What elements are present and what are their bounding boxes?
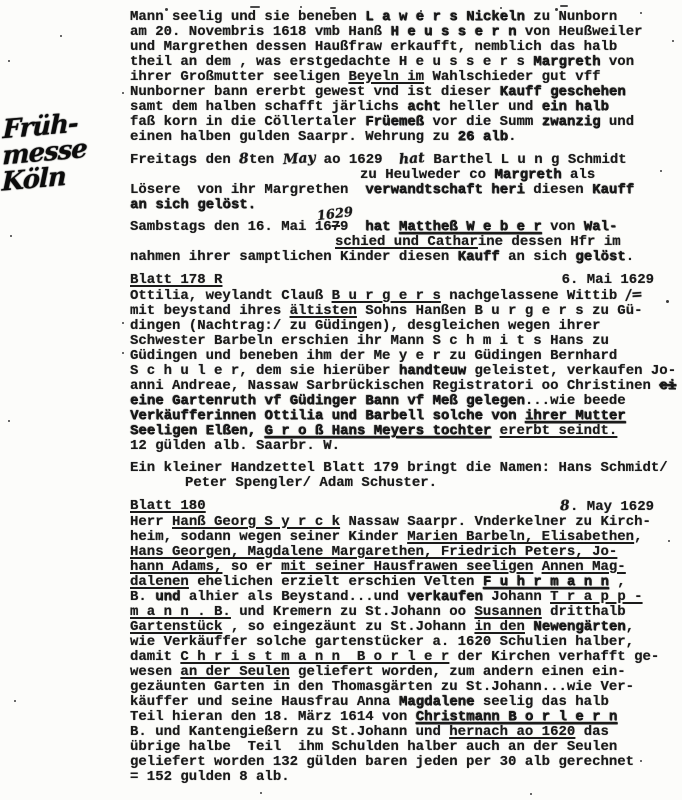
- text-segment: an sich: [500, 249, 576, 265]
- text-segment: Peter Spengler/ Adam Schuster.: [185, 475, 437, 491]
- text-line: Herr Hanß Georg S y r c k Nassaw Saarpr.…: [130, 515, 682, 530]
- text-line: Freitags den 8ten May ao 1629 hat Barthe…: [130, 152, 682, 168]
- text-segment: Christmann B o r l e r n: [416, 709, 618, 725]
- text-segment: Blatt 180: [130, 498, 206, 514]
- text-segment: 9: [340, 219, 365, 235]
- text-segment: ihrer Mutter: [525, 408, 626, 424]
- scan-mark: [560, 5, 568, 7]
- scan-speck: [640, 12, 642, 14]
- blatt-label: Blatt 178 R: [130, 273, 222, 288]
- text-segment: [390, 219, 398, 235]
- scan-speck: [8, 420, 10, 422]
- text-segment: [491, 423, 499, 439]
- text-line: damit C h r i s t m a n n B o r l e r de…: [130, 650, 682, 665]
- text-segment: ererbt seindt.: [500, 423, 618, 439]
- text-segment: H e u s s e r n: [390, 24, 516, 40]
- text-segment: [458, 9, 466, 25]
- text-segment: Freitags den: [130, 152, 239, 168]
- text-line: S c h u l e r, dem sie hierüber handteuw…: [130, 364, 682, 379]
- text-line: samt dem halben schafft järlichs acht he…: [130, 100, 682, 115]
- text-line: schied und Catharine dessen Hfr im: [130, 235, 682, 250]
- text-line: heim, sodann wegen seiner Kinder Marien …: [130, 530, 682, 545]
- blatt-label: Blatt 180: [130, 499, 206, 515]
- text-segment: mit beystand ihres: [130, 303, 290, 319]
- text-line: gezäunten Garten in den Thomasgärten zu …: [130, 680, 682, 695]
- text-line: Güdingen und beneben ihm der Me y e r zu…: [130, 349, 682, 364]
- scan-speck: [530, 793, 532, 795]
- text-segment: von: [600, 54, 634, 70]
- text-segment: damit: [130, 649, 180, 665]
- text-segment: seelig das halb: [474, 694, 608, 710]
- text-line: faß korn in die Cöllertaler Früemeß vor …: [130, 115, 682, 130]
- text-segment: . May 1629: [570, 499, 654, 515]
- text-segment: diesen: [525, 182, 592, 198]
- text-segment: von: [542, 219, 584, 235]
- scan-speck: [672, 40, 674, 42]
- text-segment: am 20. Novembris 1618 vmb Hanß: [130, 24, 390, 40]
- scan-speck: [660, 170, 662, 172]
- text-line: wesen an der Seulen geliefert worden, zu…: [130, 665, 682, 680]
- text-segment: geliefert worden 132 gülden baren jeden …: [130, 754, 634, 770]
- text-segment: geliefert worden, zum andern einen ein-: [290, 664, 626, 680]
- text-segment: das: [575, 724, 609, 740]
- text-segment: dritthalb: [542, 604, 626, 620]
- text-segment: an der Seulen: [180, 664, 289, 680]
- text-segment: anni Andreae, Nassaw Sarbrückischen Regi…: [130, 378, 659, 394]
- text-segment: nachgelassene Wittib: [441, 288, 626, 304]
- corrected-text: 71629: [332, 220, 340, 235]
- handwritten-segment: 8: [560, 499, 571, 515]
- paragraph: Herr Hanß Georg S y r c k Nassaw Saarpr.…: [130, 515, 682, 785]
- text-segment: und Margrethen dessen Haußfraw erkaufft,…: [130, 39, 617, 55]
- handwritten-margin-note: Früh-messeKöln: [2, 106, 127, 195]
- text-line: B. und Kantengießern zu St.Johann und he…: [130, 725, 682, 740]
- text-line: käuffer und seine Hausfrau Anna Magdalen…: [130, 695, 682, 710]
- paragraph: Ottilia, weylandt Clauß B u r g e r s na…: [130, 288, 682, 454]
- text-segment: Seeligen Elßen,: [130, 423, 264, 439]
- text-line: Teil hieran den 18. März 1614 von Christ…: [130, 710, 682, 725]
- text-segment: ,: [626, 619, 634, 635]
- paragraph: Sambstags den 16. Mai 16716299 hat Matth…: [130, 220, 682, 265]
- scan-mark: [330, 7, 336, 9]
- text-segment: [533, 559, 541, 575]
- text-segment: Beyeln im: [348, 69, 424, 85]
- text-segment: Sohns Hanßen B u r g e r s zu Gü-: [357, 303, 643, 319]
- scan-speck: [10, 235, 12, 237]
- text-line: einen halben gulden Saarpr. Wehrung zu 2…: [130, 130, 682, 145]
- paragraph: Ein kleiner Handzettel Blatt 179 bringt …: [130, 461, 682, 491]
- text-line: Ein kleiner Handzettel Blatt 179 bringt …: [130, 461, 682, 476]
- text-segment: m a n n . B.: [130, 604, 231, 620]
- text-segment: Ottilia, weylandt Clauß: [130, 288, 332, 304]
- text-line: an sich gelöst.: [130, 198, 682, 213]
- text-segment: ehelichen erzielt erschien Velten: [189, 574, 483, 590]
- paragraph: Freitags den 8ten May ao 1629 hat Barthe…: [130, 152, 682, 213]
- text-segment: Früemeß: [365, 114, 424, 130]
- text-segment: schied und Cathar: [335, 234, 478, 250]
- text-segment: S c h u l e r, dem sie hierüber: [130, 363, 399, 379]
- text-segment: hat: [365, 219, 390, 235]
- scan-speck: [8, 60, 10, 62]
- text-segment: Nunborner bann ererbt gewest vnd ist die…: [130, 84, 500, 100]
- text-segment: B u r g e r s: [332, 288, 441, 304]
- text-segment: samt dem halben schafft järlichs: [130, 99, 407, 115]
- text-segment: verwandtschaft heri: [365, 182, 525, 198]
- scan-speck: [300, 6, 302, 8]
- text-line: Schwester Barbeln erschien ihr Mann S c …: [130, 334, 682, 349]
- text-segment: heller und: [441, 99, 542, 115]
- text-line: Seeligen Elßen, G r o ß Hans Meyers toch…: [130, 424, 682, 439]
- blatt-header: Blatt 1808. May 1629: [130, 499, 682, 515]
- text-segment: verkaufen: [407, 589, 483, 605]
- text-line: Ottilia, weylandt Clauß B u r g e r s na…: [130, 288, 682, 304]
- blatt-header: Blatt 178 R6. Mai 1629: [130, 273, 682, 288]
- text-segment: nahmen ihrer samptlichen Kinder diesen: [130, 249, 458, 265]
- text-segment: 26 alb: [458, 129, 508, 145]
- handwritten-segment: hat: [399, 151, 426, 168]
- text-segment: Barthel L u n g Schmidt: [425, 152, 627, 168]
- scan-speck: [14, 700, 16, 702]
- text-segment: handteuw: [399, 363, 466, 379]
- text-line: wie Verkäuffer solche gartenstücker a. 1…: [130, 635, 682, 650]
- text-segment: so er: [222, 559, 281, 575]
- text-segment: Kauff: [592, 182, 634, 198]
- text-segment: geleistet, verkaufen Jo-: [466, 363, 676, 379]
- text-line: und Margrethen dessen Haußfraw erkaufft,…: [130, 40, 682, 55]
- text-line: Peter Spengler/ Adam Schuster.: [130, 476, 682, 491]
- text-segment: Hanß Georg S y r c k: [172, 514, 340, 530]
- text-line: übrige halbe Teil ihm Schulden halber au…: [130, 740, 682, 755]
- text-segment: ,: [634, 529, 642, 545]
- text-segment: Teil hieran den 18. März 1614 von: [130, 709, 416, 725]
- text-line: zu Heulweder co Margreth als: [130, 168, 682, 183]
- text-segment: Mann seelig und sie beneben: [130, 9, 365, 25]
- handwritten-segment: 8: [239, 152, 250, 168]
- text-segment: wie Verkäuffer solche gartenstücker a. 1…: [130, 634, 634, 650]
- text-segment: zwanzig: [542, 114, 601, 130]
- text-segment: Margreth: [533, 54, 600, 70]
- text-line: mit beystand ihres ältisten Sohns Hanßen…: [130, 304, 682, 319]
- text-line: Lösere von ihr Margrethen verwandtschaft…: [130, 183, 682, 198]
- text-segment: zu Nunborn: [525, 9, 617, 25]
- text-line: hann Adams, so er mit seiner Hausfrawen …: [130, 560, 682, 575]
- text-segment: .: [626, 249, 634, 265]
- header-date: 8. May 1629: [560, 499, 654, 515]
- text-segment: Sambstags den 16. Mai 16: [130, 219, 332, 235]
- text-segment: Lösere von ihr Margrethen: [130, 182, 365, 198]
- text-segment: käuffer und seine Hausfrau Anna: [130, 694, 399, 710]
- text-segment: ten: [249, 152, 283, 168]
- text-line: dingen (Nachtrag:/ zu Güdingen), desglei…: [130, 319, 682, 334]
- text-segment: theil an dem , was erstgedachte H e u s …: [130, 54, 533, 70]
- handwritten-segment: May: [282, 151, 316, 168]
- text-segment: alhier als Beystand...und: [180, 589, 407, 605]
- scan-speck: [10, 150, 12, 152]
- text-segment: hernach ao 1620: [449, 724, 575, 740]
- scan-speck: [122, 92, 124, 94]
- text-segment: eine Gartenruth vf Güdinger Bann vf Meß …: [130, 393, 525, 409]
- text-line: theil an dem , was erstgedachte H e u s …: [130, 55, 682, 70]
- scan-speck: [555, 8, 558, 11]
- text-line: am 20. Novembris 1618 vmb Hanß H e u s s…: [130, 25, 682, 40]
- text-segment: ältisten: [290, 303, 357, 319]
- scan-speck: [640, 760, 642, 762]
- text-segment: vor die Summ: [424, 114, 542, 130]
- text-segment: und Kremern zu St.Johann oo: [231, 604, 475, 620]
- scan-mark: [250, 6, 260, 8]
- text-segment: Kauff geschehen: [500, 84, 626, 100]
- document-text: Mann seelig und sie beneben L a w e r s …: [130, 10, 682, 792]
- text-segment: Schwester Barbeln erschien ihr Mann S c …: [130, 333, 609, 349]
- text-line: nahmen ihrer samptlichen Kinder diesen K…: [130, 250, 682, 265]
- text-segment: in den: [474, 619, 524, 635]
- text-line: ihrer Großmutter seeligen Beyeln im Wahl…: [130, 70, 682, 85]
- text-segment: ...wie beede: [525, 393, 626, 409]
- text-segment: der Kirchen verhafft ge-: [449, 649, 659, 665]
- text-line: geliefert worden 132 gülden baren jeden …: [130, 755, 682, 770]
- text-segment: dalenen: [130, 574, 189, 590]
- text-segment: ihrer Großmutter seeligen: [130, 69, 348, 85]
- text-segment: Newengärten: [533, 619, 625, 635]
- text-segment: Susannen: [474, 604, 541, 620]
- text-segment: wesen: [130, 664, 180, 680]
- text-segment: zu Heulweder co: [360, 167, 494, 183]
- text-segment: B.: [130, 589, 155, 605]
- text-segment: Margreth: [494, 167, 561, 183]
- text-segment: Annen Mag-: [542, 559, 626, 575]
- scan-speck: [122, 322, 124, 324]
- text-segment: mit seiner Hausfrawen seeligen: [281, 559, 533, 575]
- text-segment: gezäunten Garten in den Thomasgärten zu …: [130, 679, 634, 695]
- text-segment: und: [601, 114, 635, 130]
- text-segment: übrige halbe Teil ihm Schulden halber au…: [130, 739, 617, 755]
- text-segment: ao 1629: [315, 152, 399, 168]
- text-line: = 152 gulden 8 alb.: [130, 770, 682, 785]
- text-segment: ei: [659, 378, 676, 394]
- text-segment: Gartenstück: [130, 619, 222, 635]
- scan-speck: [122, 352, 124, 354]
- text-segment: Ein kleiner Handzettel Blatt 179 bringt …: [130, 460, 668, 476]
- text-line: Sambstags den 16. Mai 16716299 hat Matth…: [130, 220, 682, 235]
- text-segment: , so eingezäunt zu St.Johann: [222, 619, 474, 635]
- text-segment: hann Adams,: [130, 559, 222, 575]
- text-segment: Nassaw Saarpr. Vnderkelner zu Kirch-: [340, 514, 651, 530]
- text-line: eine Gartenruth vf Güdinger Bann vf Meß …: [130, 394, 682, 409]
- text-line: Nunborner bann ererbt gewest vnd ist die…: [130, 85, 682, 100]
- text-segment: heim, sodann wegen seiner Kinder: [130, 529, 407, 545]
- text-segment: Wahlschieder gut vff: [424, 69, 600, 85]
- scan-speck: [260, 792, 262, 794]
- text-segment: von Heußweiler: [516, 24, 642, 40]
- text-segment: und: [155, 589, 180, 605]
- text-segment: Kauff: [458, 249, 500, 265]
- text-segment: faß korn in die Cöllertaler: [130, 114, 365, 130]
- text-line: B. und alhier als Beystand...und verkauf…: [130, 590, 682, 605]
- text-line: Verkäufferinnen Ottilia und Barbell solc…: [130, 409, 682, 424]
- text-segment: einen halben gulden Saarpr. Wehrung zu: [130, 129, 458, 145]
- text-segment: als: [562, 167, 596, 183]
- handwritten-segment: /=: [625, 287, 643, 303]
- text-segment: .: [508, 129, 516, 145]
- text-segment: F u h r m a n n: [483, 574, 609, 590]
- scan-speck: [60, 35, 62, 37]
- text-segment: L a w e r s: [365, 9, 457, 25]
- text-segment: Marien Barbeln, Elisabethen: [407, 529, 634, 545]
- text-segment: Herr: [130, 514, 172, 530]
- scan-speck: [165, 8, 168, 11]
- text-line: Hans Georgen, Magdalene Margarethen, Fri…: [130, 545, 682, 560]
- scan-speck: [668, 540, 670, 542]
- text-line: m a n n . B. und Kremern zu St.Johann oo…: [130, 605, 682, 620]
- text-segment: Hans Georgen, Magdalene Margarethen, Fri…: [130, 544, 617, 560]
- text-line: Mann seelig und sie beneben L a w e r s …: [130, 10, 682, 25]
- text-line: anni Andreae, Nassaw Sarbrückischen Regi…: [130, 379, 682, 394]
- text-segment: an sich gelöst.: [130, 197, 256, 213]
- text-segment: B. und Kantengießern zu St.Johann und: [130, 724, 449, 740]
- scan-speck: [420, 10, 422, 12]
- text-segment: gelöst: [575, 249, 625, 265]
- text-segment: Johann: [483, 589, 550, 605]
- text-segment: ,: [609, 574, 626, 590]
- text-segment: C h r i s t m a n n B o r l e r: [180, 649, 449, 665]
- text-segment: Magdalene: [399, 694, 475, 710]
- text-segment: G r o ß Hans Meyers tochter: [264, 423, 491, 439]
- text-segment: ine dessen Hfr im: [478, 234, 621, 250]
- scan-speck: [666, 300, 669, 303]
- paragraph: Mann seelig und sie beneben L a w e r s …: [130, 10, 682, 145]
- text-line: dalenen ehelichen erzielt erschien Velte…: [130, 575, 682, 590]
- text-segment: acht: [407, 99, 441, 115]
- text-segment: Blatt 178 R: [130, 272, 222, 288]
- text-segment: Verkäufferinnen Ottilia und Barbell solc…: [130, 408, 525, 424]
- text-segment: Nickeln: [466, 9, 525, 25]
- text-segment: Mattheß W e b e r: [399, 219, 542, 235]
- scanned-page: Früh-messeKöln Mann seelig und sie beneb…: [0, 0, 682, 800]
- text-line: 12 gülden alb. Saarbr. W.: [130, 439, 682, 454]
- text-line: Gartenstück , so eingezäunt zu St.Johann…: [130, 620, 682, 635]
- text-segment: Wal-: [584, 219, 618, 235]
- text-segment: T r a p p -: [550, 589, 642, 605]
- scan-speck: [500, 7, 502, 9]
- text-segment: = 152 gulden 8 alb.: [130, 769, 290, 785]
- text-segment: ein halb: [542, 99, 609, 115]
- text-segment: Güdingen und beneben ihm der Me y e r zu…: [130, 348, 617, 364]
- text-segment: 12 gülden alb. Saarbr. W.: [130, 438, 340, 454]
- text-segment: dingen (Nachtrag:/ zu Güdingen), desglei…: [130, 318, 600, 334]
